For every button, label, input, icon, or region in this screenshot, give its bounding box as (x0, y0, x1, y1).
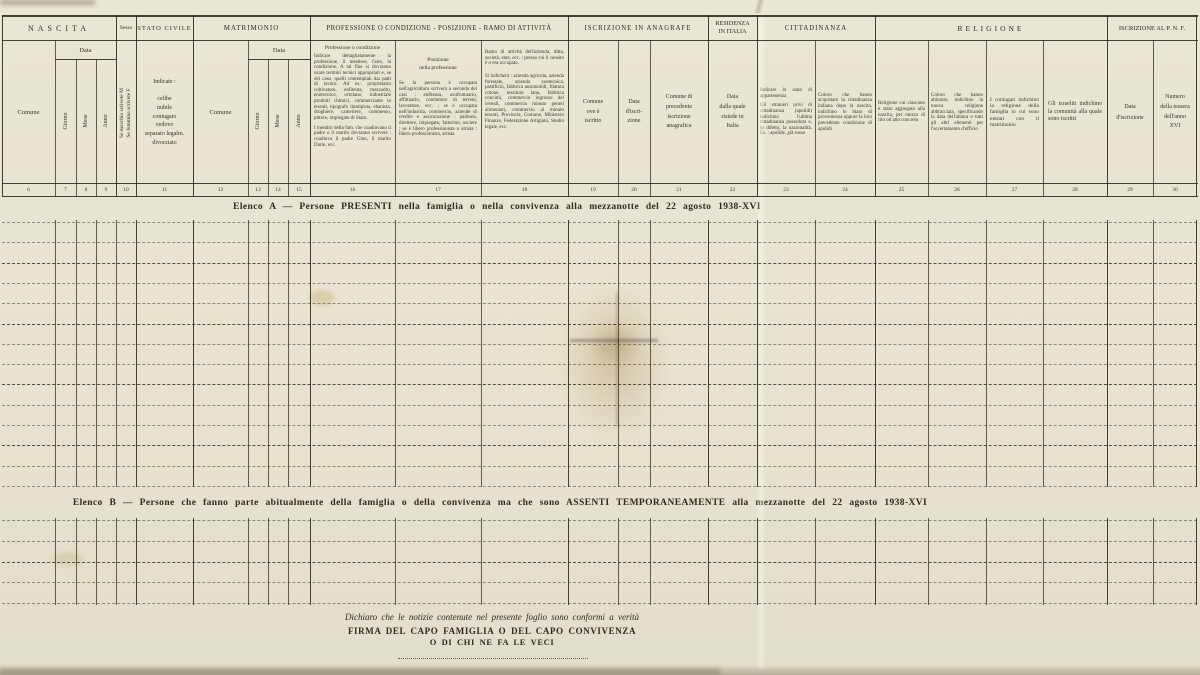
section-title-sesso: Sesso (116, 16, 136, 40)
column-number: 9 (96, 184, 116, 196)
column-number: 18 (481, 184, 568, 196)
grid-line-vertical (618, 518, 619, 605)
col27-paragraph: I coniugati indichino la religione della… (990, 97, 1039, 128)
elenco-b-title: Elenco B — Persone che fanno parte abitu… (0, 498, 1000, 508)
column-number: 17 (395, 184, 481, 196)
column-header-data-iscrizione-anagrafe: Data d'iscri- zione (618, 42, 650, 183)
column-header-comune-iscritto: Comune ove è iscritto (568, 42, 618, 183)
column-header-religione-coniugati: I coniugati indichino la religione della… (986, 42, 1043, 183)
column-number: 21 (650, 184, 708, 196)
grid-line-vertical (288, 220, 289, 488)
column-header-ramo-attivita: Ramo di attività dell'azienda, ditta, so… (481, 42, 568, 183)
grid-line-vertical (1153, 40, 1154, 197)
column-header-residenza-italia: Data dalla quale risiede in Italia (708, 42, 757, 183)
grid-line-vertical (76, 59, 77, 197)
elenco-b-row-line (2, 541, 1197, 542)
grid-line-vertical (116, 15, 117, 197)
grid-line-vertical (76, 220, 77, 488)
grid-line-vertical (55, 220, 56, 488)
grid-line-horizontal (2, 40, 1198, 41)
col16-paragraph-1: Indicare dettagliatamente la professione… (314, 54, 391, 122)
column-group-data-nascita: Data (55, 42, 116, 59)
grid-line-vertical (986, 518, 987, 605)
elenco-a-row-line (2, 405, 1197, 406)
grid-line-vertical (481, 518, 482, 605)
grid-line-vertical (1107, 518, 1108, 605)
column-number: 22 (708, 184, 757, 196)
grid-line-vertical (1043, 220, 1044, 488)
grid-line-vertical (757, 220, 758, 488)
column-header-anno-nascita: Anno (96, 60, 116, 182)
grid-line-vertical (875, 15, 876, 197)
section-title-residenza: RESIDENZA IN ITALIA (708, 16, 757, 40)
grid-line-vertical (1043, 518, 1044, 605)
declaration-text: Dichiaro che le notizie contenute nel pr… (142, 612, 842, 622)
column-number: 10 (116, 184, 136, 196)
column-header-stato-civile: Indicate : celibe nubile coniugato vedov… (136, 42, 193, 183)
grid-line-vertical (395, 40, 396, 197)
elenco-a-row-line (2, 486, 1197, 487)
column-header-comune-matrimonio: Comune (193, 42, 248, 183)
column-number: 16 (310, 184, 395, 196)
grid-line-vertical (618, 40, 619, 197)
grid-line-vertical (1196, 518, 1197, 605)
elenco-a-row-line (2, 364, 1197, 365)
elenco-a-row-line (2, 425, 1197, 426)
signature-subheading: O DI CHI NE FA LE VECI (142, 637, 842, 647)
grid-line-vertical (193, 518, 194, 605)
grid-line-vertical (268, 518, 269, 605)
section-title-nascita: NASCITA (2, 16, 116, 40)
column-header-giorno-matrimonio: Giorno (248, 60, 268, 182)
elenco-a-row-line (2, 384, 1197, 385)
grid-line-vertical (395, 518, 396, 605)
section-title-matrimonio: MATRIMONIO (193, 16, 310, 40)
col18-paragraph-1: Ramo di attività dell'azienda, ditta, so… (485, 50, 564, 67)
paper-spot (52, 552, 84, 566)
column-header-professione-condizione: Professione o condizione Indicare dettag… (310, 42, 395, 183)
bottom-edge-shadow-left (0, 668, 720, 675)
grid-line-vertical (618, 220, 619, 488)
grid-line-vertical (193, 15, 194, 197)
column-number: 23 (757, 184, 815, 196)
col23-paragraph-1: Indicare lo stato di appartenenza (760, 88, 812, 99)
grid-line-vertical (248, 220, 249, 488)
col28-paragraph: Gli israeliti indichino la comunità alla… (1048, 101, 1102, 124)
column-number: 19 (568, 184, 618, 196)
column-header-israeliti: Gli israeliti indichino la comunità alla… (1043, 42, 1107, 183)
signature-line (398, 651, 588, 659)
column-number: 30 (1153, 184, 1197, 196)
grid-line-vertical (116, 220, 117, 488)
column-number: 14 (268, 184, 288, 196)
grid-line-vertical (986, 220, 987, 488)
column-header-pnf-data: Data d'iscrizione (1107, 42, 1153, 183)
column-header-mese-nascita: Mese (76, 60, 96, 182)
top-crease (742, 0, 776, 13)
column-number: 26 (928, 184, 986, 196)
grid-line-vertical (395, 220, 396, 488)
column-header-pnf-tessera: Numero della tessera dell'anno XVI (1153, 42, 1197, 183)
column-group-data-matrimonio: Data (248, 42, 310, 59)
grid-line-vertical (2, 15, 3, 197)
grid-line-vertical (568, 220, 569, 488)
elenco-a-row-line (2, 242, 1197, 243)
column-number: 11 (136, 184, 193, 196)
col25-paragraph: Religione cui ciascuno è stato aggregato… (878, 101, 925, 124)
grid-line-vertical (96, 518, 97, 605)
column-number: 20 (618, 184, 650, 196)
column-header-religione-nascita: Religione cui ciascuno è stato aggregato… (875, 42, 928, 183)
column-header-comune-nascita: Comune (2, 42, 55, 183)
grid-line-vertical (193, 220, 194, 488)
column-number: 28 (1043, 184, 1107, 196)
grid-line-vertical (136, 518, 137, 605)
elenco-a-row-line (2, 445, 1197, 446)
grid-line-vertical (55, 40, 56, 197)
grid-line-vertical (928, 40, 929, 197)
grid-line-horizontal (248, 59, 310, 60)
col16-paragraph-2: I membri della fam. che coadiuvano il pa… (314, 126, 391, 149)
column-header-religione-abiura: Coloro che hanno abiurato, indichino la … (928, 42, 986, 183)
elenco-a-row-line (2, 303, 1197, 304)
section-title-cittadinanza: CITTADINANZA (757, 16, 875, 40)
grid-line-vertical (1153, 220, 1154, 488)
section-title-professione: PROFESSIONE O CONDIZIONE - POSIZIONE - R… (310, 16, 568, 40)
grid-line-vertical (55, 518, 56, 605)
grid-line-vertical (815, 220, 816, 488)
grid-line-vertical (708, 518, 709, 605)
grid-line-vertical (1153, 518, 1154, 605)
col18-paragraph-2: Si indicherà : azienda agricola, azienda… (485, 74, 564, 130)
grid-line-horizontal (55, 59, 116, 60)
column-number: 13 (248, 184, 268, 196)
mese-label: Mese (83, 115, 89, 128)
giorno-label: Giorno (255, 113, 261, 130)
col24-paragraph: Coloro che hanno acquistato la cittadina… (818, 93, 872, 132)
page-edge-smudge (0, 0, 95, 5)
grid-line-vertical (268, 220, 269, 488)
col16-heading: Professione o condizione (314, 45, 391, 51)
grid-line-vertical (136, 15, 137, 197)
grid-line-vertical (650, 518, 651, 605)
anno-label: Anno (103, 114, 109, 127)
column-number: 8 (76, 184, 96, 196)
column-header-posizione: Posizione nella professione Se la person… (395, 42, 481, 183)
ink-smear (570, 339, 658, 342)
section-title-anagrafe: ISCRIZIONE IN ANAGRAFE (568, 16, 708, 40)
grid-line-vertical (875, 518, 876, 605)
grid-line-vertical (268, 59, 269, 197)
grid-line-vertical (96, 59, 97, 197)
grid-line-vertical (136, 220, 137, 488)
signature-heading: FIRMA DEL CAPO FAMIGLIA O DEL CAPO CONVI… (142, 626, 842, 636)
elenco-b-row-line (2, 603, 1197, 604)
grid-line-vertical (288, 518, 289, 605)
grid-line-vertical (928, 220, 929, 488)
section-title-stato-civile: STATO CIVILE (136, 16, 193, 40)
elenco-b-row-line (2, 582, 1197, 583)
elenco-a-row-line (2, 344, 1197, 345)
column-number: 25 (875, 184, 928, 196)
grid-line-horizontal (2, 15, 1198, 17)
grid-line-vertical (248, 40, 249, 197)
elenco-a-row-line (2, 324, 1197, 325)
column-number: 24 (815, 184, 875, 196)
grid-line-vertical (76, 518, 77, 605)
elenco-a-row-line (2, 263, 1197, 264)
grid-line-vertical (1107, 15, 1108, 197)
grid-line-vertical (650, 220, 651, 488)
grid-line-vertical (1196, 220, 1197, 488)
grid-line-horizontal (2, 196, 1198, 198)
grid-line-vertical (288, 59, 289, 197)
col17-paragraph: Se la persona è occupata nell'agricoltur… (399, 81, 477, 137)
column-header-precedente-iscrizione: Comune di precedente iscrizione anagrafi… (650, 42, 708, 183)
column-header-sesso: Se maschio scrivete M Se femmina scrivet… (116, 42, 136, 183)
grid-line-vertical (928, 518, 929, 605)
grid-line-vertical (310, 518, 311, 605)
grid-line-vertical (815, 40, 816, 197)
giorno-label: Giorno (63, 113, 69, 130)
grid-line-vertical (310, 15, 311, 197)
elenco-a-row-line (2, 222, 1197, 223)
elenco-a-row-line (2, 283, 1197, 284)
sesso-female-note: Se femmina scrivete F (126, 88, 133, 138)
column-number: 6 (2, 184, 55, 196)
grid-line-vertical (708, 15, 709, 197)
grid-line-vertical (96, 220, 97, 488)
grid-line-vertical (986, 40, 987, 197)
grid-line-vertical (248, 518, 249, 605)
column-header-giorno-nascita: Giorno (55, 60, 76, 182)
grid-line-vertical (116, 518, 117, 605)
elenco-b-row-line (2, 562, 1197, 563)
grid-line-vertical (1196, 15, 1197, 197)
column-header-anno-matrimonio: Anno (288, 60, 310, 182)
grid-line-vertical (815, 518, 816, 605)
grid-line-vertical (757, 15, 758, 197)
column-number: 29 (1107, 184, 1153, 196)
column-header-cittadinanza-acquisita: Coloro che hanno acquistato la cittadina… (815, 42, 875, 183)
col23-paragraph-2: Gli stranieri privi di cittadinanza (apo… (760, 103, 812, 137)
col17-heading: Posizione nella professione (399, 57, 477, 72)
section-title-pnf: ISCRIZIONE AL P. N. F. (1107, 16, 1197, 40)
grid-line-vertical (875, 220, 876, 488)
grid-line-vertical (650, 40, 651, 197)
column-number: 15 (288, 184, 310, 196)
grid-line-vertical (708, 220, 709, 488)
section-title-religione: RELIGIONE (875, 16, 1107, 40)
grid-line-vertical (310, 220, 311, 488)
column-header-mese-matrimonio: Mese (268, 60, 288, 182)
elenco-a-row-line (2, 466, 1197, 467)
anno-label: Anno (296, 114, 302, 127)
grid-line-vertical (1043, 40, 1044, 197)
column-number: 27 (986, 184, 1043, 196)
grid-line-vertical (568, 15, 569, 197)
grid-line-vertical (757, 518, 758, 605)
col26-paragraph: Coloro che hanno abiurato, indichino la … (931, 93, 983, 132)
grid-line-vertical (481, 220, 482, 488)
grid-line-vertical (568, 518, 569, 605)
mese-label: Mese (275, 115, 281, 128)
census-form-scan: NASCITA Sesso STATO CIVILE MATRIMONIO PR… (0, 0, 1200, 675)
elenco-a-title: Elenco A — Persone PRESENTI nella famigl… (0, 202, 994, 212)
column-number: 7 (55, 184, 76, 196)
grid-line-vertical (481, 40, 482, 197)
column-number: 12 (193, 184, 248, 196)
elenco-b-row-line (2, 520, 1197, 521)
grid-line-vertical (1107, 220, 1108, 488)
